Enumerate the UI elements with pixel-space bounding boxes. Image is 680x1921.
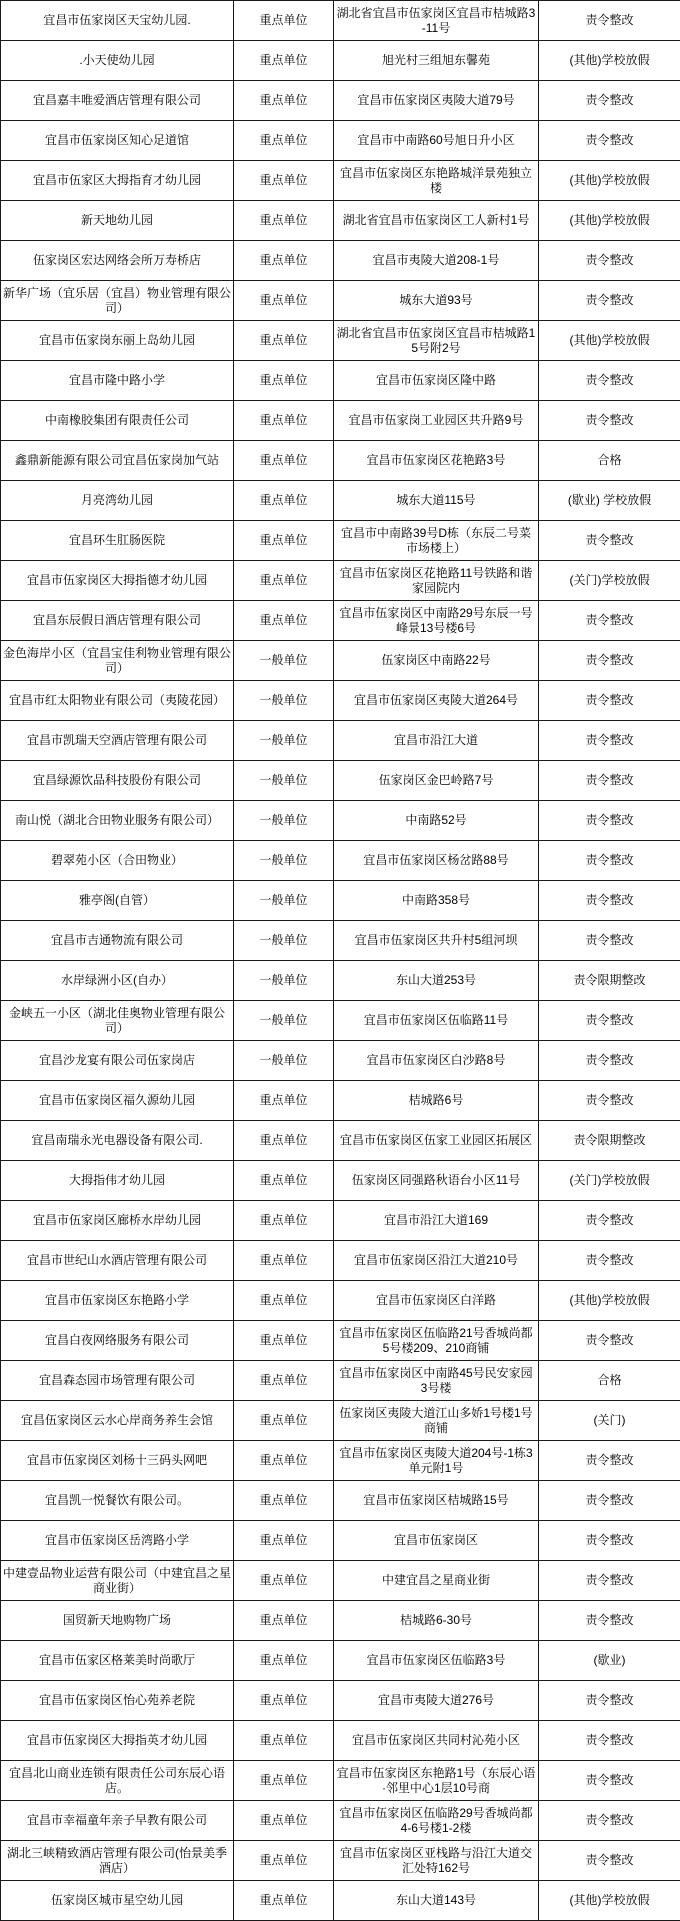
status-cell: (其他)学校放假: [539, 201, 680, 241]
unit-name-cell: 宜昌凯一悦餐饮有限公司。: [1, 1481, 234, 1521]
unit-name-cell: 宜昌市伍家岗区刘杨十三码头网吧: [1, 1441, 234, 1481]
status-cell: 责令整改: [539, 1481, 680, 1521]
table-row: 宜昌市隆中路小学重点单位宜昌市伍家岗区隆中路责令整改: [1, 361, 680, 401]
address-cell: 宜昌市中南路60号旭日升小区: [334, 121, 539, 161]
unit-type-cell: 一般单位: [234, 681, 334, 721]
address-cell: 中建宜昌之星商业街: [334, 1561, 539, 1601]
unit-name-cell: 宜昌市隆中路小学: [1, 361, 234, 401]
inspection-table-body: 宜昌市伍家岗区天宝幼儿园.重点单位湖北省宜昌市伍家岗区宜昌市桔城路3-11号责令…: [1, 1, 680, 1921]
table-row: 金峡五一小区（湖北佳奥物业管理有限公司）一般单位宜昌市伍家岗区伍临路11号责令整…: [1, 1001, 680, 1041]
table-row: 宜昌凯一悦餐饮有限公司。重点单位宜昌市伍家岗区桔城路15号责令整改: [1, 1481, 680, 1521]
status-cell: (其他)学校放假: [539, 1281, 680, 1321]
unit-name-cell: 宜昌市幸福童年亲子早教有限公司: [1, 1801, 234, 1841]
status-cell: 责令整改: [539, 881, 680, 921]
status-cell: 责令整改: [539, 1801, 680, 1841]
table-row: 宜昌东辰假日酒店管理有限公司重点单位宜昌市伍家岗区中南路29号东辰一号峰景13号…: [1, 601, 680, 641]
unit-type-cell: 重点单位: [234, 1881, 334, 1921]
status-cell: 责令整改: [539, 1081, 680, 1121]
unit-name-cell: 宜昌环生肛肠医院: [1, 521, 234, 561]
unit-type-cell: 重点单位: [234, 1, 334, 41]
unit-name-cell: 宜昌市伍家岗区福久源幼儿园: [1, 1081, 234, 1121]
unit-name-cell: 伍家岗区宏达网络会所万寿桥店: [1, 241, 234, 281]
unit-type-cell: 重点单位: [234, 201, 334, 241]
unit-name-cell: 宜昌白夜网络服务有限公司: [1, 1321, 234, 1361]
unit-name-cell: 湖北三峡精致酒店管理有限公司(怡景美季酒店）: [1, 1841, 234, 1881]
table-row: 伍家岗区城市星空幼儿园重点单位东山大道143号(其他)学校放假: [1, 1881, 680, 1921]
unit-type-cell: 重点单位: [234, 1441, 334, 1481]
unit-type-cell: 重点单位: [234, 1561, 334, 1601]
address-cell: 宜昌市伍家岗区伍临路3号: [334, 1641, 539, 1681]
unit-name-cell: 宜昌嘉丰唯爱酒店管理有限公司: [1, 81, 234, 121]
unit-type-cell: 一般单位: [234, 801, 334, 841]
unit-type-cell: 重点单位: [234, 1361, 334, 1401]
address-cell: 宜昌市伍家岗区杨岔路88号: [334, 841, 539, 881]
table-row: 水岸绿洲小区(自办）一般单位东山大道253号责令限期整改: [1, 961, 680, 1001]
unit-name-cell: 水岸绿洲小区(自办）: [1, 961, 234, 1001]
unit-name-cell: 宜昌市伍家岗区东艳路小学: [1, 1281, 234, 1321]
unit-type-cell: 一般单位: [234, 921, 334, 961]
table-row: 中南橡胶集团有限责任公司重点单位宜昌市伍家岗工业园区共升路9号责令整改: [1, 401, 680, 441]
unit-name-cell: 宜昌绿源饮品科技股份有限公司: [1, 761, 234, 801]
status-cell: 责令整改: [539, 1041, 680, 1081]
address-cell: 桔城路6号: [334, 1081, 539, 1121]
address-cell: 宜昌市夷陵大道276号: [334, 1681, 539, 1721]
status-cell: 责令整改: [539, 761, 680, 801]
table-row: 宜昌市伍家区大拇指育才幼儿园重点单位宜昌市伍家岗区东艳路城洋景苑独立楼(其他)学…: [1, 161, 680, 201]
unit-type-cell: 重点单位: [234, 1721, 334, 1761]
status-cell: 责令限期整改: [539, 961, 680, 1001]
status-cell: 责令整改: [539, 641, 680, 681]
unit-name-cell: 南山悦（湖北合田物业服务有限公司）: [1, 801, 234, 841]
table-row: 宜昌市红太阳物业有限公司（夷陵花园）一般单位宜昌市伍家岗区夷陵大道264号责令整…: [1, 681, 680, 721]
unit-type-cell: 一般单位: [234, 961, 334, 1001]
address-cell: 宜昌市伍家岗区亚栈路与沿江大道交汇处特162号: [334, 1841, 539, 1881]
unit-name-cell: 宜昌市伍家区格莱美时尚歌厅: [1, 1641, 234, 1681]
unit-name-cell: 宜昌市伍家岗区天宝幼儿园.: [1, 1, 234, 41]
table-row: 宜昌市幸福童年亲子早教有限公司重点单位宜昌市伍家岗区伍临路29号香城尚都4-6号…: [1, 1801, 680, 1841]
unit-type-cell: 重点单位: [234, 1841, 334, 1881]
unit-name-cell: 宜昌市伍家区大拇指育才幼儿园: [1, 161, 234, 201]
unit-type-cell: 重点单位: [234, 401, 334, 441]
address-cell: 中南路52号: [334, 801, 539, 841]
status-cell: 责令整改: [539, 841, 680, 881]
address-cell: 宜昌市伍家岗区东艳路1号（东辰心语·邻里中心1层10号商: [334, 1761, 539, 1801]
unit-type-cell: 重点单位: [234, 601, 334, 641]
unit-name-cell: 伍家岗区城市星空幼儿园: [1, 1881, 234, 1921]
status-cell: 责令整改: [539, 1601, 680, 1641]
unit-type-cell: 重点单位: [234, 1321, 334, 1361]
address-cell: 城东大道115号: [334, 481, 539, 521]
unit-type-cell: 重点单位: [234, 1681, 334, 1721]
address-cell: 宜昌市伍家岗区白洋路: [334, 1281, 539, 1321]
status-cell: 责令整改: [539, 121, 680, 161]
status-cell: 责令整改: [539, 1521, 680, 1561]
address-cell: 伍家岗区夷陵大道江山多娇1号楼1号商铺: [334, 1401, 539, 1441]
unit-name-cell: 宜昌市伍家岗区大拇指德才幼儿园: [1, 561, 234, 601]
address-cell: 宜昌市伍家岗区花艳路3号: [334, 441, 539, 481]
address-cell: 宜昌市伍家岗区伍临路11号: [334, 1001, 539, 1041]
unit-name-cell: 宜昌市伍家岗区怡心苑养老院: [1, 1681, 234, 1721]
unit-type-cell: 重点单位: [234, 1481, 334, 1521]
status-cell: 责令限期整改: [539, 1121, 680, 1161]
status-cell: (关门)学校放假: [539, 1161, 680, 1201]
unit-name-cell: 碧翠苑小区（合田物业）: [1, 841, 234, 881]
status-cell: 责令整改: [539, 681, 680, 721]
unit-type-cell: 重点单位: [234, 41, 334, 81]
unit-type-cell: 重点单位: [234, 241, 334, 281]
table-row: 新天地幼儿园重点单位湖北省宜昌市伍家岗区工人新村1号(其他)学校放假: [1, 201, 680, 241]
address-cell: 宜昌市伍家岗区花艳路11号铁路和谐家园院内: [334, 561, 539, 601]
address-cell: 湖北省宜昌市伍家岗区宜昌市桔城路15号附2号: [334, 321, 539, 361]
unit-type-cell: 重点单位: [234, 121, 334, 161]
unit-name-cell: 宜昌市伍家岗东丽上岛幼儿园: [1, 321, 234, 361]
unit-type-cell: 一般单位: [234, 641, 334, 681]
address-cell: 宜昌市伍家岗区共同村沁苑小区: [334, 1721, 539, 1761]
address-cell: 宜昌市伍家岗区: [334, 1521, 539, 1561]
unit-type-cell: 重点单位: [234, 1161, 334, 1201]
table-row: 国贸新天地购物广场重点单位桔城路6-30号责令整改: [1, 1601, 680, 1641]
unit-type-cell: 重点单位: [234, 161, 334, 201]
address-cell: 桔城路6-30号: [334, 1601, 539, 1641]
unit-name-cell: 金峡五一小区（湖北佳奥物业管理有限公司）: [1, 1001, 234, 1041]
unit-name-cell: 宜昌市伍家岗区知心足道馆: [1, 121, 234, 161]
status-cell: 责令整改: [539, 601, 680, 641]
unit-name-cell: 中南橡胶集团有限责任公司: [1, 401, 234, 441]
unit-name-cell: 雅亭阁(自管）: [1, 881, 234, 921]
table-row: 伍家岗区宏达网络会所万寿桥店重点单位宜昌市夷陵大道208-1号责令整改: [1, 241, 680, 281]
table-row: 宜昌市伍家岗区大拇指德才幼儿园重点单位宜昌市伍家岗区花艳路11号铁路和谐家园院内…: [1, 561, 680, 601]
status-cell: (其他)学校放假: [539, 161, 680, 201]
status-cell: 责令整改: [539, 1241, 680, 1281]
unit-type-cell: 重点单位: [234, 561, 334, 601]
table-row: 宜昌市凯瑞天空酒店管理有限公司一般单位宜昌市沿江大道责令整改: [1, 721, 680, 761]
status-cell: 责令整改: [539, 241, 680, 281]
address-cell: 宜昌市沿江大道: [334, 721, 539, 761]
table-row: 宜昌北山商业连锁有限责任公司东辰心语店。重点单位宜昌市伍家岗区东艳路1号（东辰心…: [1, 1761, 680, 1801]
table-row: 大拇指伟才幼儿园重点单位伍家岗区同强路秋语台小区11号(关门)学校放假: [1, 1161, 680, 1201]
unit-name-cell: 宜昌市伍家岗区大拇指英才幼儿园: [1, 1721, 234, 1761]
unit-type-cell: 重点单位: [234, 1801, 334, 1841]
unit-type-cell: 一般单位: [234, 1001, 334, 1041]
table-row: 新华广场（宜乐居（宜昌）物业管理有限公司）重点单位城东大道93号责令整改: [1, 281, 680, 321]
unit-type-cell: 重点单位: [234, 1081, 334, 1121]
table-row: 南山悦（湖北合田物业服务有限公司）一般单位中南路52号责令整改: [1, 801, 680, 841]
unit-type-cell: 重点单位: [234, 321, 334, 361]
unit-type-cell: 一般单位: [234, 761, 334, 801]
table-row: 宜昌市世纪山水酒店管理有限公司重点单位宜昌市伍家岗区沿江大道210号责令整改: [1, 1241, 680, 1281]
unit-name-cell: 鑫鼎新能源有限公司宜昌伍家岗加气站: [1, 441, 234, 481]
table-row: 宜昌森态园市场管理有限公司重点单位宜昌市伍家岗区中南路45号民安家园3号楼合格: [1, 1361, 680, 1401]
address-cell: 伍家岗区金巴岭路7号: [334, 761, 539, 801]
status-cell: 责令整改: [539, 921, 680, 961]
unit-type-cell: 重点单位: [234, 1401, 334, 1441]
unit-name-cell: 宜昌市红太阳物业有限公司（夷陵花园）: [1, 681, 234, 721]
status-cell: 责令整改: [539, 1201, 680, 1241]
status-cell: (其他)学校放假: [539, 41, 680, 81]
unit-name-cell: 金色海岸小区（宜昌宝佳利物业管理有限公司）: [1, 641, 234, 681]
table-row: 宜昌伍家岗区云水心岸商务养生会馆重点单位伍家岗区夷陵大道江山多娇1号楼1号商铺(…: [1, 1401, 680, 1441]
table-row: 宜昌环生肛肠医院重点单位宜昌市中南路39号D栋（东辰二号菜市场楼上）责令整改: [1, 521, 680, 561]
unit-name-cell: 宜昌市伍家岗区廊桥水岸幼儿园: [1, 1201, 234, 1241]
table-row: 宜昌市伍家区格莱美时尚歌厅重点单位宜昌市伍家岗区伍临路3号(歇业): [1, 1641, 680, 1681]
status-cell: 责令整改: [539, 401, 680, 441]
table-row: .小天使幼儿园重点单位旭光村三组旭东馨苑(其他)学校放假: [1, 41, 680, 81]
unit-name-cell: 宜昌南瑞永光电器设备有限公司.: [1, 1121, 234, 1161]
status-cell: (歇业) 学校放假: [539, 481, 680, 521]
address-cell: 宜昌市伍家岗区隆中路: [334, 361, 539, 401]
unit-type-cell: 重点单位: [234, 1241, 334, 1281]
unit-type-cell: 重点单位: [234, 1281, 334, 1321]
address-cell: 湖北省宜昌市伍家岗区宜昌市桔城路3-11号: [334, 1, 539, 41]
status-cell: (歇业): [539, 1641, 680, 1681]
unit-type-cell: 重点单位: [234, 1201, 334, 1241]
status-cell: (关门)学校放假: [539, 561, 680, 601]
table-row: 宜昌市伍家岗区刘杨十三码头网吧重点单位宜昌市伍家岗区夷陵大道204号-1栋3单元…: [1, 1441, 680, 1481]
unit-type-cell: 一般单位: [234, 841, 334, 881]
table-row: 宜昌市伍家岗区知心足道馆重点单位宜昌市中南路60号旭日升小区责令整改: [1, 121, 680, 161]
status-cell: 责令整改: [539, 1761, 680, 1801]
unit-name-cell: 新天地幼儿园: [1, 201, 234, 241]
unit-name-cell: 月亮湾幼儿园: [1, 481, 234, 521]
unit-name-cell: 宜昌市伍家岗区岳湾路小学: [1, 1521, 234, 1561]
table-row: 宜昌沙龙宴有限公司伍家岗店一般单位宜昌市伍家岗区白沙路8号责令整改: [1, 1041, 680, 1081]
unit-name-cell: .小天使幼儿园: [1, 41, 234, 81]
unit-type-cell: 一般单位: [234, 721, 334, 761]
unit-type-cell: 一般单位: [234, 881, 334, 921]
address-cell: 宜昌市伍家岗区夷陵大道264号: [334, 681, 539, 721]
address-cell: 中南路358号: [334, 881, 539, 921]
address-cell: 宜昌市沿江大道169: [334, 1201, 539, 1241]
table-row: 宜昌市伍家岗区怡心苑养老院重点单位宜昌市夷陵大道276号责令整改: [1, 1681, 680, 1721]
unit-name-cell: 宜昌沙龙宴有限公司伍家岗店: [1, 1041, 234, 1081]
unit-name-cell: 宜昌市世纪山水酒店管理有限公司: [1, 1241, 234, 1281]
table-row: 金色海岸小区（宜昌宝佳利物业管理有限公司）一般单位伍家岗区中南路22号责令整改: [1, 641, 680, 681]
address-cell: 宜昌市伍家岗区东艳路城洋景苑独立楼: [334, 161, 539, 201]
unit-type-cell: 重点单位: [234, 361, 334, 401]
status-cell: 责令整改: [539, 1001, 680, 1041]
table-row: 宜昌南瑞永光电器设备有限公司.重点单位宜昌市伍家岗区伍家工业园区拓展区责令限期整…: [1, 1121, 680, 1161]
status-cell: 责令整改: [539, 281, 680, 321]
status-cell: 责令整改: [539, 721, 680, 761]
unit-type-cell: 重点单位: [234, 81, 334, 121]
address-cell: 宜昌市伍家岗区共升村5组河坝: [334, 921, 539, 961]
address-cell: 宜昌市夷陵大道208-1号: [334, 241, 539, 281]
table-row: 宜昌嘉丰唯爱酒店管理有限公司重点单位宜昌市伍家岗区夷陵大道79号责令整改: [1, 81, 680, 121]
status-cell: 责令整改: [539, 1561, 680, 1601]
status-cell: 责令整改: [539, 1841, 680, 1881]
unit-name-cell: 宜昌伍家岗区云水心岸商务养生会馆: [1, 1401, 234, 1441]
unit-name-cell: 中建壹品物业运营有限公司（中建宜昌之星商业街）: [1, 1561, 234, 1601]
table-row: 宜昌市伍家岗区东艳路小学重点单位宜昌市伍家岗区白洋路(其他)学校放假: [1, 1281, 680, 1321]
address-cell: 宜昌市伍家岗区沿江大道210号: [334, 1241, 539, 1281]
unit-name-cell: 宜昌市凯瑞天空酒店管理有限公司: [1, 721, 234, 761]
unit-type-cell: 重点单位: [234, 481, 334, 521]
unit-name-cell: 宜昌森态园市场管理有限公司: [1, 1361, 234, 1401]
status-cell: 责令整改: [539, 361, 680, 401]
address-cell: 伍家岗区中南路22号: [334, 641, 539, 681]
address-cell: 伍家岗区同强路秋语台小区11号: [334, 1161, 539, 1201]
table-row: 宜昌绿源饮品科技股份有限公司一般单位伍家岗区金巴岭路7号责令整改: [1, 761, 680, 801]
address-cell: 宜昌市伍家岗区中南路29号东辰一号峰景13号楼6号: [334, 601, 539, 641]
address-cell: 宜昌市伍家岗区伍临路29号香城尚都4-6号楼1-2楼: [334, 1801, 539, 1841]
unit-name-cell: 宜昌东辰假日酒店管理有限公司: [1, 601, 234, 641]
address-cell: 宜昌市伍家岗区伍家工业园区拓展区: [334, 1121, 539, 1161]
address-cell: 宜昌市伍家岗区夷陵大道79号: [334, 81, 539, 121]
address-cell: 城东大道93号: [334, 281, 539, 321]
address-cell: 宜昌市伍家岗区中南路45号民安家园3号楼: [334, 1361, 539, 1401]
status-cell: 责令整改: [539, 1681, 680, 1721]
status-cell: 合格: [539, 441, 680, 481]
status-cell: 责令整改: [539, 81, 680, 121]
unit-type-cell: 重点单位: [234, 1761, 334, 1801]
status-cell: 责令整改: [539, 1321, 680, 1361]
table-row: 宜昌市伍家岗区天宝幼儿园.重点单位湖北省宜昌市伍家岗区宜昌市桔城路3-11号责令…: [1, 1, 680, 41]
table-row: 湖北三峡精致酒店管理有限公司(怡景美季酒店）重点单位宜昌市伍家岗区亚栈路与沿江大…: [1, 1841, 680, 1881]
unit-name-cell: 新华广场（宜乐居（宜昌）物业管理有限公司）: [1, 281, 234, 321]
table-row: 宜昌市伍家岗区大拇指英才幼儿园重点单位宜昌市伍家岗区共同村沁苑小区责令整改: [1, 1721, 680, 1761]
status-cell: 合格: [539, 1361, 680, 1401]
address-cell: 东山大道253号: [334, 961, 539, 1001]
status-cell: 责令整改: [539, 1721, 680, 1761]
unit-type-cell: 一般单位: [234, 1041, 334, 1081]
address-cell: 东山大道143号: [334, 1881, 539, 1921]
status-cell: (其他)学校放假: [539, 1881, 680, 1921]
inspection-results-table: 宜昌市伍家岗区天宝幼儿园.重点单位湖北省宜昌市伍家岗区宜昌市桔城路3-11号责令…: [0, 0, 680, 1921]
status-cell: 责令整改: [539, 801, 680, 841]
address-cell: 宜昌市伍家岗区白沙路8号: [334, 1041, 539, 1081]
address-cell: 旭光村三组旭东馨苑: [334, 41, 539, 81]
address-cell: 宜昌市伍家岗区桔城路15号: [334, 1481, 539, 1521]
table-row: 中建壹品物业运营有限公司（中建宜昌之星商业街）重点单位中建宜昌之星商业街责令整改: [1, 1561, 680, 1601]
unit-type-cell: 重点单位: [234, 521, 334, 561]
address-cell: 宜昌市伍家岗区伍临路21号香城尚都5号楼209、210商铺: [334, 1321, 539, 1361]
unit-name-cell: 大拇指伟才幼儿园: [1, 1161, 234, 1201]
table-row: 宜昌市伍家岗区廊桥水岸幼儿园重点单位宜昌市沿江大道169责令整改: [1, 1201, 680, 1241]
status-cell: (其他)学校放假: [539, 321, 680, 361]
table-row: 月亮湾幼儿园重点单位城东大道115号(歇业) 学校放假: [1, 481, 680, 521]
address-cell: 宜昌市伍家岗工业园区共升路9号: [334, 401, 539, 441]
unit-name-cell: 宜昌北山商业连锁有限责任公司东辰心语店。: [1, 1761, 234, 1801]
status-cell: 责令整改: [539, 1, 680, 41]
table-row: 宜昌市伍家岗区岳湾路小学重点单位宜昌市伍家岗区责令整改: [1, 1521, 680, 1561]
unit-name-cell: 国贸新天地购物广场: [1, 1601, 234, 1641]
unit-type-cell: 重点单位: [234, 1121, 334, 1161]
unit-type-cell: 重点单位: [234, 281, 334, 321]
table-row: 宜昌市伍家岗区福久源幼儿园重点单位桔城路6号责令整改: [1, 1081, 680, 1121]
address-cell: 宜昌市伍家岗区夷陵大道204号-1栋3单元附1号: [334, 1441, 539, 1481]
table-row: 雅亭阁(自管）一般单位中南路358号责令整改: [1, 881, 680, 921]
status-cell: (关门): [539, 1401, 680, 1441]
unit-type-cell: 重点单位: [234, 441, 334, 481]
status-cell: 责令整改: [539, 1441, 680, 1481]
unit-type-cell: 重点单位: [234, 1641, 334, 1681]
table-row: 碧翠苑小区（合田物业）一般单位宜昌市伍家岗区杨岔路88号责令整改: [1, 841, 680, 881]
status-cell: 责令整改: [539, 521, 680, 561]
address-cell: 宜昌市中南路39号D栋（东辰二号菜市场楼上）: [334, 521, 539, 561]
table-row: 鑫鼎新能源有限公司宜昌伍家岗加气站重点单位宜昌市伍家岗区花艳路3号合格: [1, 441, 680, 481]
unit-type-cell: 重点单位: [234, 1521, 334, 1561]
unit-name-cell: 宜昌市吉通物流有限公司: [1, 921, 234, 961]
table-row: 宜昌白夜网络服务有限公司重点单位宜昌市伍家岗区伍临路21号香城尚都5号楼209、…: [1, 1321, 680, 1361]
table-row: 宜昌市吉通物流有限公司一般单位宜昌市伍家岗区共升村5组河坝责令整改: [1, 921, 680, 961]
table-row: 宜昌市伍家岗东丽上岛幼儿园重点单位湖北省宜昌市伍家岗区宜昌市桔城路15号附2号(…: [1, 321, 680, 361]
unit-type-cell: 重点单位: [234, 1601, 334, 1641]
address-cell: 湖北省宜昌市伍家岗区工人新村1号: [334, 201, 539, 241]
